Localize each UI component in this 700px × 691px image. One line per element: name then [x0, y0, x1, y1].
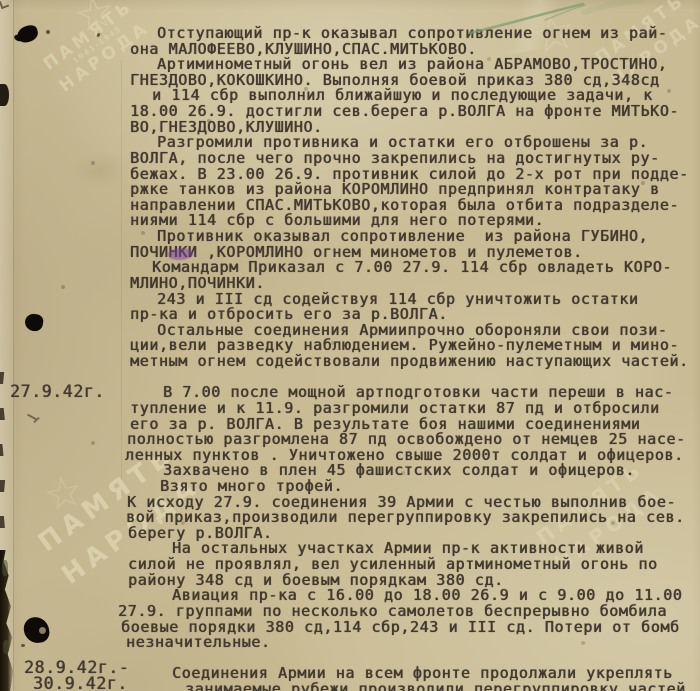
paper-crease-line	[121, 60, 122, 480]
ink-blot	[22, 615, 50, 644]
margin-date: 27.9.42г.	[10, 384, 105, 400]
ink-speck	[21, 644, 25, 647]
star-icon: ☆	[39, 464, 88, 522]
typewritten-line: Отступающий пр-к оказывал сопротивление …	[157, 26, 667, 41]
memory-of-people-watermark: ☆ 1941-1945 ПАМЯТЬ НАРОДА	[38, 56, 145, 110]
typewritten-line: полностью разгромлена 87 пд освобождено …	[127, 432, 686, 447]
ink-speck	[96, 33, 101, 38]
typewritten-line: ржке танков из района КОРОМЛИНО предприн…	[130, 182, 660, 197]
typewritten-line: ВОЛГА, после чего прочно закрепились на …	[130, 151, 660, 166]
typewritten-line: занимаемые рубежи,производили перегруппи…	[185, 682, 686, 691]
typewritten-line: Противник оказывал сопротивление из райо…	[157, 229, 648, 244]
typewritten-line: пр-ка и отбросить его за р.ВОЛГА.	[130, 307, 448, 322]
typewritten-line: тупление и к 11.9. разгромили остатки 87…	[130, 401, 660, 416]
typewritten-line: силой не проявлял, вел усиленный артмино…	[128, 557, 658, 572]
typewritten-line: незначительные.	[126, 635, 270, 650]
star-icon: ☆	[69, 0, 121, 44]
ink-blot-highlight	[39, 627, 46, 634]
edge-discoloration	[3, 640, 9, 654]
typewritten-line: Взято много трофей.	[160, 479, 343, 494]
scanned-document-page: ☆ 1941-1945 ПАМЯТЬ НАРОДА ☆ ПАМЯТЬ НАРОД…	[0, 0, 700, 691]
typewritten-line: Артиминометный огонь вел из района АБРАМ…	[157, 57, 667, 72]
typewritten-line: вой приказ,производили перегруппировку з…	[126, 510, 685, 525]
edge-discoloration	[2, 560, 8, 576]
typewritten-line: 27.9. группами по несколько самолетов бе…	[118, 604, 667, 619]
watermark-word: ПАМЯТЬ	[38, 0, 140, 78]
ink-speck	[46, 30, 50, 34]
typewritten-line: метным огнем содействовали продвижению н…	[130, 354, 689, 369]
paper-stain	[70, 150, 130, 190]
margin-date: 30.9.42г.	[33, 676, 128, 691]
typewritten-line: МЛИНО,ПОЧИНКИ.	[130, 276, 265, 291]
watermark-years: 1941-1945	[71, 24, 124, 66]
edge-dark-patch	[0, 84, 9, 106]
typewritten-line: В 7.00 после мощной артподготовки части …	[163, 385, 673, 400]
typewritten-line: 18.00 26.9. достигли сев.берега р.ВОЛГА …	[130, 104, 679, 119]
ink-blot	[24, 313, 44, 333]
